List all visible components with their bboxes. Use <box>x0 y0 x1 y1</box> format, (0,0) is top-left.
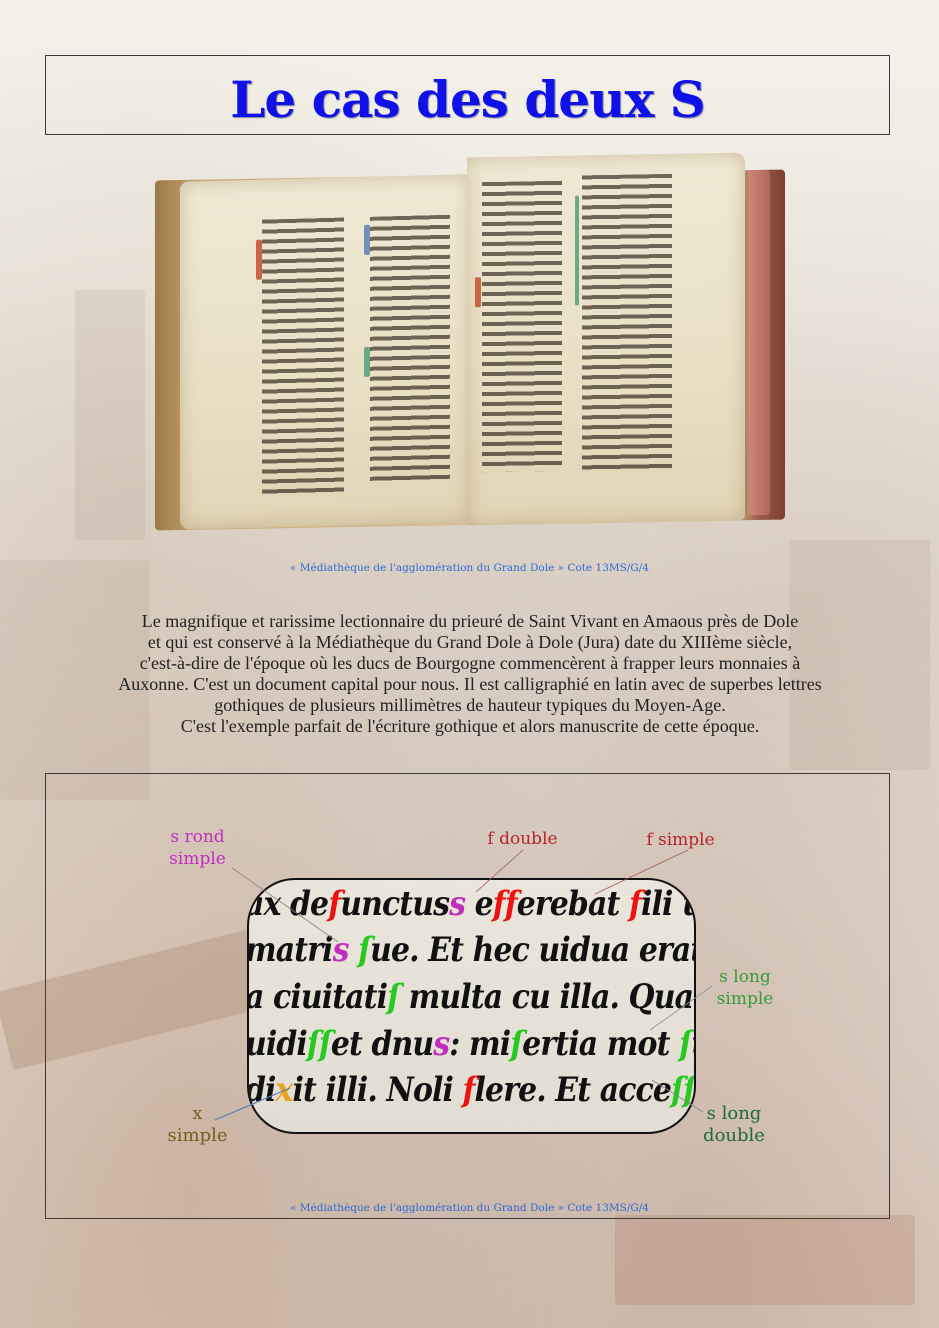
label-f-simple: f simple <box>638 829 723 851</box>
text-column <box>262 218 344 495</box>
manuscript-book-image <box>155 150 785 535</box>
script-text: a ciuitati <box>247 977 387 1017</box>
image-caption-bottom: « Médiathèque de l'agglomération du Gran… <box>0 1202 939 1214</box>
script-text: e <box>465 884 493 924</box>
blue-initial <box>364 225 370 255</box>
script-text: unctus <box>340 884 449 924</box>
highlighted-letter: ſſ <box>671 1070 695 1110</box>
highlighted-letter: ſ <box>510 1024 522 1064</box>
script-text: multa cu illa. Quam <box>399 977 696 1017</box>
paragraph-line: Auxonne. C'est un document capital pour … <box>45 674 895 695</box>
paragraph-line: Le magnifique et rarissime lectionnaire … <box>45 611 895 632</box>
text-column <box>582 174 672 471</box>
image-caption-top: « Médiathèque de l'agglomération du Gran… <box>0 562 939 574</box>
script-text: ertia mot <box>522 1024 679 1064</box>
highlighted-letter: s <box>333 930 349 970</box>
paragraph-line: C'est l'exemple parfait de l'écriture go… <box>45 716 895 737</box>
script-text: ili un <box>641 884 696 924</box>
page-title: Le cas des deux S <box>46 70 889 129</box>
text-column <box>370 215 450 482</box>
title-box: Le cas des deux S <box>45 55 890 135</box>
highlighted-letter: ſſ <box>307 1024 331 1064</box>
highlighted-letter: x <box>276 1070 293 1110</box>
highlighted-letter: f <box>629 884 641 924</box>
paragraph-line: gothiques de plusieurs millimètres de ha… <box>45 695 895 716</box>
script-text: uidi <box>247 1024 307 1064</box>
script-text: matri <box>247 930 333 970</box>
script-text: et dnu <box>331 1024 433 1064</box>
label-x-simple: x simple <box>160 1103 235 1147</box>
book-page-left <box>180 174 470 530</box>
highlighted-letter: ff <box>493 884 517 924</box>
script-text: lere. Et acce <box>475 1070 672 1110</box>
book-page-edges <box>748 170 770 515</box>
red-initial <box>475 277 481 307</box>
highlighted-letter: ſ <box>387 977 399 1017</box>
script-text: up <box>691 1024 696 1064</box>
gothic-script-excerpt: ax defunctuss efferebat fili un matris ſ… <box>247 878 696 1134</box>
label-s-long-simple: s long simple <box>706 966 784 1010</box>
label-s-rond-simple: s rond simple <box>160 826 235 870</box>
paragraph-line: c'est-à-dire de l'époque où les ducs de … <box>45 653 895 674</box>
script-line: dixit illi. Noli flere. Et acceſſit <box>247 1070 696 1110</box>
highlighted-letter: s <box>449 884 465 924</box>
script-line: matris ſue. Et hec uidua erat: <box>247 930 696 970</box>
green-initial <box>575 195 579 305</box>
green-initial <box>364 347 370 377</box>
description-paragraph: Le magnifique et rarissime lectionnaire … <box>45 611 895 737</box>
label-f-double: f double <box>475 828 570 850</box>
script-line: a ciuitatiſ multa cu illa. Quam <box>247 977 696 1017</box>
label-s-long-double: s long double <box>693 1103 775 1147</box>
script-text: it illi. Noli <box>293 1070 463 1110</box>
red-initial <box>256 240 262 280</box>
background-tower-left <box>75 290 145 540</box>
highlighted-letter: ſ <box>358 930 370 970</box>
script-line: ax defunctuss efferebat fili un <box>247 884 696 924</box>
paragraph-line: et qui est conservé à la Médiathèque du … <box>45 632 895 653</box>
script-text <box>349 930 359 970</box>
script-text: erebat <box>517 884 629 924</box>
highlighted-letter: s <box>433 1024 449 1064</box>
script-text: ax de <box>247 884 328 924</box>
script-line: uidiſſet dnus: miſertia mot ſup <box>247 1024 696 1064</box>
highlighted-letter: ſ <box>679 1024 691 1064</box>
script-text: di <box>247 1070 276 1110</box>
highlighted-letter: f <box>328 884 340 924</box>
highlighted-letter: f <box>463 1070 475 1110</box>
script-text: : mi <box>449 1024 510 1064</box>
background-horse-riders <box>615 1215 915 1305</box>
script-text: ue. Et hec uidua erat: <box>370 930 696 970</box>
text-column <box>482 181 562 472</box>
book-page-right <box>467 153 745 526</box>
